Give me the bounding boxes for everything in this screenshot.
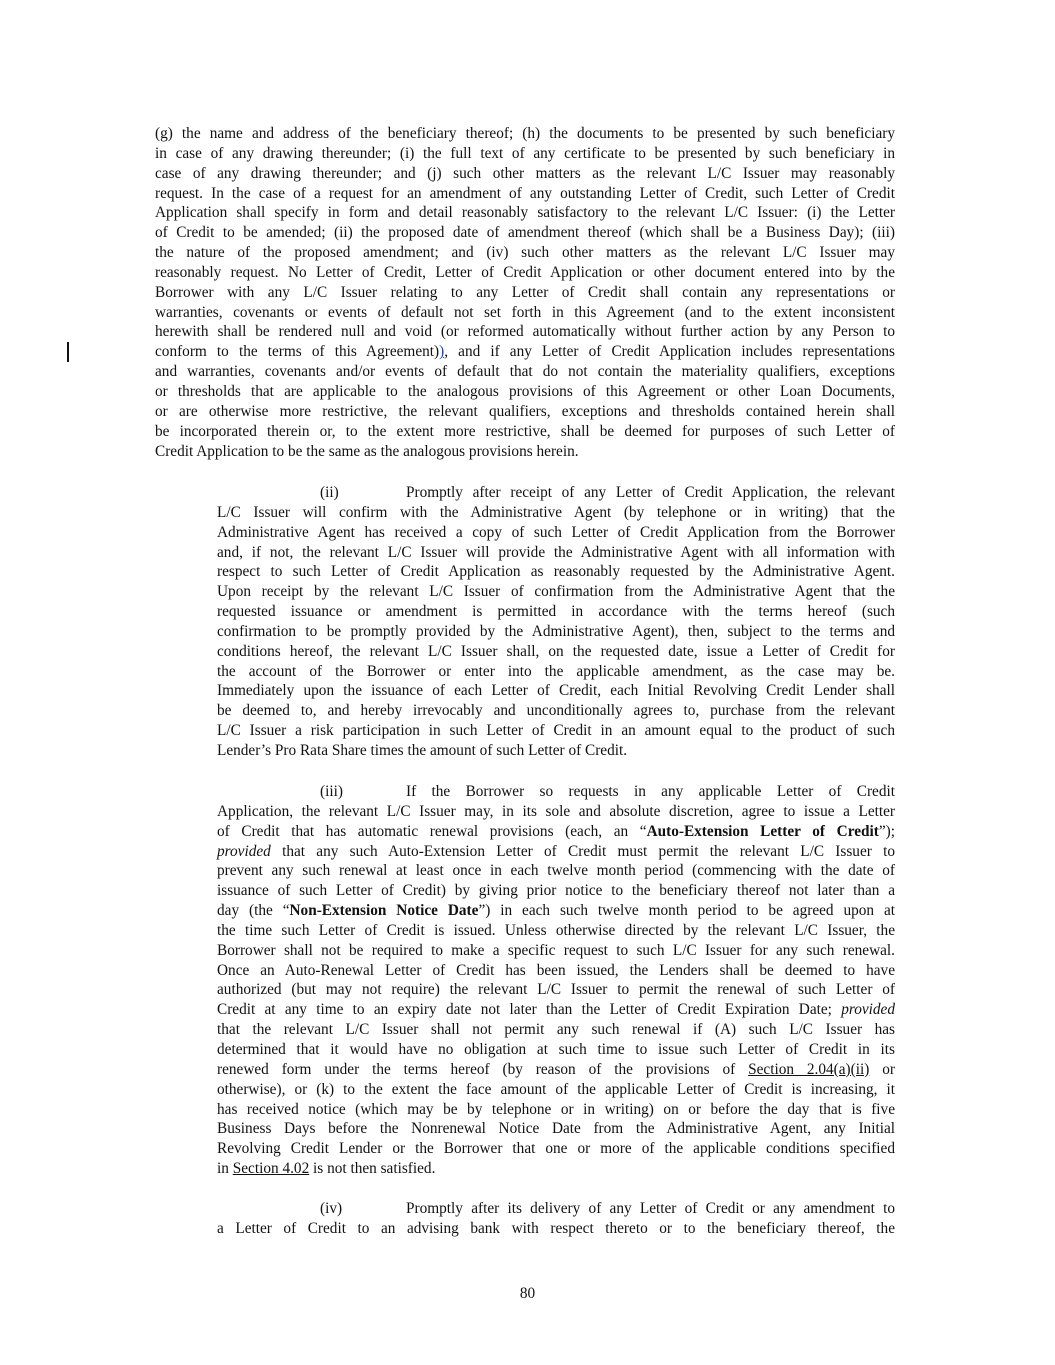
text-line: the account of the Borrower or enter int… — [217, 662, 895, 682]
text-segment: or — [869, 1061, 895, 1078]
text-line: Lender’s Pro Rata Share times the amount… — [217, 741, 895, 761]
text-line: Borrower with any L/C Issuer relating to… — [155, 283, 895, 303]
text-line: the time such Letter of Credit is issued… — [217, 921, 895, 941]
text-line: be deemed to, and hereby irrevocably and… — [217, 701, 895, 721]
text-line-with-revision: conform to the terms of this Agreement))… — [155, 342, 895, 362]
text-segment: If the Borrower so requests in any appli… — [406, 783, 895, 800]
text-line: requested issuance or amendment is permi… — [217, 602, 895, 622]
revision-change-bar — [67, 342, 69, 362]
italic-term: provided — [217, 843, 271, 860]
text-segment: ”) in each such twelve month period to b… — [478, 902, 895, 919]
text-line: in Section 4.02 is not then satisfied. — [217, 1159, 895, 1179]
text-segment: Credit at any time to an expiry date not… — [217, 1001, 841, 1018]
section-first-line: (ii)Promptly after receipt of any Letter… — [217, 483, 895, 503]
text-line: case of any drawing thereunder; and (j) … — [155, 164, 895, 184]
text-line: Revolving Credit Lender or the Borrower … — [217, 1139, 895, 1159]
text-line: provided that any such Auto-Extension Le… — [217, 842, 895, 862]
text-line: respect to such Letter of Credit Applica… — [217, 562, 895, 582]
text-line: in case of any drawing thereunder; (i) t… — [155, 144, 895, 164]
text-line: Immediately upon the issuance of each Le… — [217, 681, 895, 701]
text-line: (g) the name and address of the benefici… — [155, 124, 895, 144]
text-line: of Credit that has automatic renewal pro… — [217, 822, 895, 842]
text-line: otherwise), or (k) to the extent the fac… — [217, 1080, 895, 1100]
text-line: warranties, covenants or events of defau… — [155, 303, 895, 323]
text-line: conditions hereof, the relevant L/C Issu… — [217, 642, 895, 662]
section-first-line: (iii)If the Borrower so requests in any … — [217, 782, 895, 802]
paragraph-continuation: (g) the name and address of the benefici… — [155, 124, 895, 461]
text-segment: renewed form under the terms hereof (by … — [217, 1061, 748, 1078]
text-segment: is not then satisfied. — [309, 1160, 435, 1177]
text-line: herewith shall be rendered null and void… — [155, 322, 895, 342]
text-line: and, if not, the relevant L/C Issuer wil… — [217, 543, 895, 563]
defined-term: Auto-Extension Letter of Credit — [647, 823, 879, 840]
text-segment: that any such Auto-Extension Letter of C… — [271, 843, 895, 860]
text-line: and warranties, covenants and/or events … — [155, 362, 895, 382]
text-line: a Letter of Credit to an advising bank w… — [217, 1219, 895, 1239]
text-line: or are otherwise more restrictive, the r… — [155, 402, 895, 422]
text-line: prevent any such renewal at least once i… — [217, 861, 895, 881]
text-line: day (the “Non-Extension Notice Date”) in… — [217, 901, 895, 921]
text-segment: of Credit that has automatic renewal pro… — [217, 823, 647, 840]
text-line: that the relevant L/C Issuer shall not p… — [217, 1020, 895, 1040]
section-iv: (iv)Promptly after its delivery of any L… — [217, 1199, 895, 1239]
section-reference-link[interactable]: Section 4.02 — [233, 1160, 309, 1177]
text-line: the nature of the proposed amendment; an… — [155, 243, 895, 263]
text-line: L/C Issuer a risk participation in such … — [217, 721, 895, 741]
text-line: Business Days before the Nonrenewal Noti… — [217, 1119, 895, 1139]
text-line: of Credit to be amended; (ii) the propos… — [155, 223, 895, 243]
text-line: determined that it would have no obligat… — [217, 1040, 895, 1060]
text-line: Credit at any time to an expiry date not… — [217, 1000, 895, 1020]
text-line: Upon receipt by the relevant L/C Issuer … — [217, 582, 895, 602]
text-line: be incorporated therein or, to the exten… — [155, 422, 895, 442]
document-page: (g) the name and address of the benefici… — [0, 0, 1055, 1365]
text-segment: day (the “ — [217, 902, 290, 919]
text-line: Credit Application to be the same as the… — [155, 442, 895, 462]
section-number: (iv) — [217, 1199, 406, 1219]
italic-term: provided — [841, 1001, 895, 1018]
section-first-line: (iv)Promptly after its delivery of any L… — [217, 1199, 895, 1219]
text-line: Application shall specify in form and de… — [155, 203, 895, 223]
text-segment: , and if any Letter of Credit Applicatio… — [444, 343, 895, 360]
text-line: reasonably request. No Letter of Credit,… — [155, 263, 895, 283]
text-line: or thresholds that are applicable to the… — [155, 382, 895, 402]
text-line: request. In the case of a request for an… — [155, 184, 895, 204]
text-line: has received notice (which may be by tel… — [217, 1100, 895, 1120]
defined-term: Non-Extension Notice Date — [290, 902, 479, 919]
text-segment: ”); — [879, 823, 895, 840]
text-segment: Promptly after its delivery of any Lette… — [406, 1200, 895, 1217]
section-reference-link[interactable]: Section 2.04(a)(ii) — [748, 1061, 869, 1078]
text-line: issuance of such Letter of Credit) by gi… — [217, 881, 895, 901]
section-number: (iii) — [217, 782, 406, 802]
text-line: L/C Issuer will confirm with the Adminis… — [217, 503, 895, 523]
text-line: Administrative Agent has received a copy… — [217, 523, 895, 543]
page-number: 80 — [0, 1285, 1055, 1303]
text-line: Borrower shall not be required to make a… — [217, 941, 895, 961]
text-line: authorized (but may not require) the rel… — [217, 980, 895, 1000]
text-line: renewed form under the terms hereof (by … — [217, 1060, 895, 1080]
text-line: Application, the relevant L/C Issuer may… — [217, 802, 895, 822]
text-line: confirmation to be promptly provided by … — [217, 622, 895, 642]
section-number: (ii) — [217, 483, 406, 503]
text-segment: conform to the terms of this Agreement) — [155, 343, 439, 360]
section-ii: (ii)Promptly after receipt of any Letter… — [217, 483, 895, 761]
text-segment: in — [217, 1160, 233, 1177]
text-line: Once an Auto-Renewal Letter of Credit ha… — [217, 961, 895, 981]
text-segment: Promptly after receipt of any Letter of … — [406, 484, 895, 501]
section-iii: (iii)If the Borrower so requests in any … — [217, 782, 895, 1179]
